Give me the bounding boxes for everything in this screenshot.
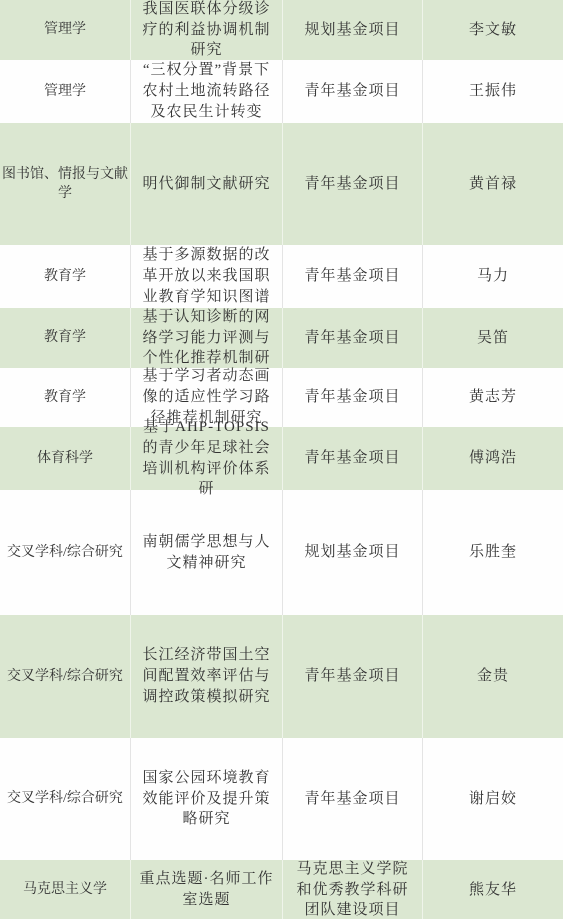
table-row: 管理学 “三权分置”背景下农村土地流转路径及农民生计转变 青年基金项目 王振伟	[0, 60, 563, 123]
cell-fund-type: 马克思主义学院和优秀教学科研团队建设项目	[283, 860, 423, 919]
cell-project-title: 基于AHP-TOPSIS的青少年足球社会培训机构评价体系研	[131, 427, 283, 490]
cell-discipline: 管理学	[0, 0, 131, 60]
cell-discipline: 交叉学科/综合研究	[0, 490, 131, 615]
cell-project-title: 国家公园环境教育效能评价及提升策略研究	[131, 738, 283, 860]
cell-fund-type: 青年基金项目	[283, 615, 423, 738]
research-projects-table: 管理学 我国医联体分级诊疗的利益协调机制研究 规划基金项目 李文敏 管理学 “三…	[0, 0, 563, 919]
cell-fund-type: 青年基金项目	[283, 308, 423, 368]
cell-person-name: 金贵	[423, 615, 563, 738]
cell-project-title: 我国医联体分级诊疗的利益协调机制研究	[131, 0, 283, 60]
table-row: 马克思主义学 重点选题·名师工作室选题 马克思主义学院和优秀教学科研团队建设项目…	[0, 860, 563, 919]
cell-fund-type: 青年基金项目	[283, 245, 423, 308]
table-row: 教育学 基于多源数据的改革开放以来我国职业教育学知识图谱 青年基金项目 马力	[0, 245, 563, 308]
cell-discipline: 管理学	[0, 60, 131, 123]
cell-project-title: 重点选题·名师工作室选题	[131, 860, 283, 919]
table-row: 体育科学 基于AHP-TOPSIS的青少年足球社会培训机构评价体系研 青年基金项…	[0, 427, 563, 490]
cell-person-name: 熊友华	[423, 860, 563, 919]
table-row: 交叉学科/综合研究 国家公园环境教育效能评价及提升策略研究 青年基金项目 谢启姣	[0, 738, 563, 860]
cell-person-name: 谢启姣	[423, 738, 563, 860]
cell-discipline: 教育学	[0, 245, 131, 308]
cell-fund-type: 青年基金项目	[283, 738, 423, 860]
cell-person-name: 乐胜奎	[423, 490, 563, 615]
cell-person-name: 黄志芳	[423, 368, 563, 427]
table-row: 管理学 我国医联体分级诊疗的利益协调机制研究 规划基金项目 李文敏	[0, 0, 563, 60]
cell-discipline: 教育学	[0, 368, 131, 427]
cell-fund-type: 青年基金项目	[283, 368, 423, 427]
table-row: 交叉学科/综合研究 南朝儒学思想与人文精神研究 规划基金项目 乐胜奎	[0, 490, 563, 615]
cell-fund-type: 青年基金项目	[283, 123, 423, 245]
table-row: 教育学 基于认知诊断的网络学习能力评测与个性化推荐机制研 青年基金项目 吴笛	[0, 308, 563, 368]
cell-person-name: 傅鸿浩	[423, 427, 563, 490]
cell-fund-type: 青年基金项目	[283, 427, 423, 490]
cell-project-title: 基于多源数据的改革开放以来我国职业教育学知识图谱	[131, 245, 283, 308]
cell-fund-type: 青年基金项目	[283, 60, 423, 123]
cell-person-name: 马力	[423, 245, 563, 308]
cell-discipline: 教育学	[0, 308, 131, 368]
cell-discipline: 马克思主义学	[0, 860, 131, 919]
cell-project-title: 南朝儒学思想与人文精神研究	[131, 490, 283, 615]
cell-fund-type: 规划基金项目	[283, 490, 423, 615]
cell-project-title: “三权分置”背景下农村土地流转路径及农民生计转变	[131, 60, 283, 123]
cell-discipline: 交叉学科/综合研究	[0, 615, 131, 738]
cell-project-title: 基于认知诊断的网络学习能力评测与个性化推荐机制研	[131, 308, 283, 368]
cell-discipline: 交叉学科/综合研究	[0, 738, 131, 860]
cell-discipline: 图书馆、情报与文献学	[0, 123, 131, 245]
cell-person-name: 吴笛	[423, 308, 563, 368]
cell-person-name: 黄首禄	[423, 123, 563, 245]
cell-discipline: 体育科学	[0, 427, 131, 490]
cell-project-title: 长江经济带国土空间配置效率评估与调控政策模拟研究	[131, 615, 283, 738]
cell-person-name: 王振伟	[423, 60, 563, 123]
cell-fund-type: 规划基金项目	[283, 0, 423, 60]
table-row: 交叉学科/综合研究 长江经济带国土空间配置效率评估与调控政策模拟研究 青年基金项…	[0, 615, 563, 738]
table-row: 图书馆、情报与文献学 明代御制文献研究 青年基金项目 黄首禄	[0, 123, 563, 245]
cell-project-title: 明代御制文献研究	[131, 123, 283, 245]
table-row: 教育学 基于学习者动态画像的适应性学习路径推荐机制研究 青年基金项目 黄志芳	[0, 368, 563, 427]
cell-person-name: 李文敏	[423, 0, 563, 60]
